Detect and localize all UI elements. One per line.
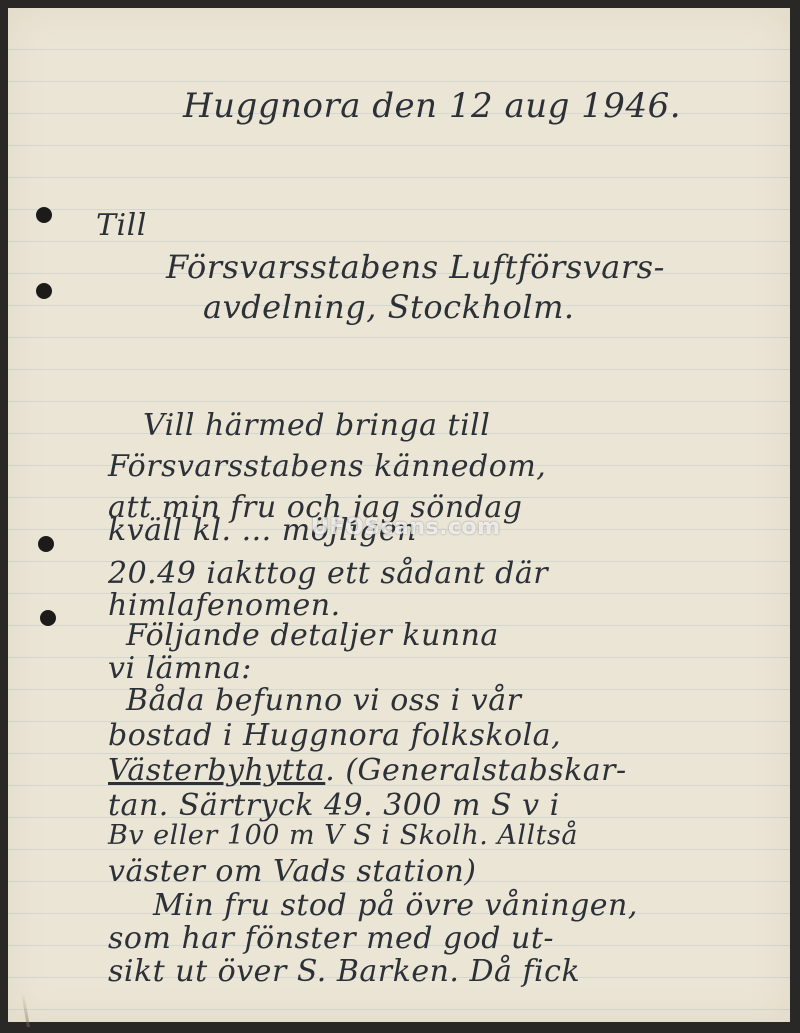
body-line: väster om Vads station) xyxy=(108,854,476,889)
addressee-line-1: Försvarsstabens Luftförsvars- xyxy=(166,248,665,286)
body-line: Vill härmed bringa till xyxy=(143,408,490,443)
paper-crease xyxy=(21,993,30,1027)
body-line: som har fönster med god ut- xyxy=(108,921,554,956)
body-line: bostad i Huggnora folkskola, xyxy=(108,718,561,753)
lined-paper-sheet: Huggnora den 12 aug 1946. Till Försvarss… xyxy=(8,8,790,1022)
hole-punch-3 xyxy=(38,536,54,552)
body-line: vi lämna: xyxy=(108,651,252,686)
watermark: UFOScans.com xyxy=(311,515,501,540)
body-line-rest: . (Generalstabskar- xyxy=(325,753,626,788)
body-line: Försvarsstabens kännedom, xyxy=(108,449,546,484)
hole-punch-2 xyxy=(36,283,52,299)
body-line: sikt ut över S. Barken. Då fick xyxy=(108,954,580,989)
body-line: Följande detaljer kunna xyxy=(126,618,499,653)
salutation-to: Till xyxy=(96,208,147,243)
body-line: Bv eller 100 m V S i Skolh. Alltså xyxy=(108,820,578,851)
body-line: 20.49 iakttog ett sådant där xyxy=(108,556,548,591)
body-line: tan. Särtryck 49. 300 m S v i xyxy=(108,788,560,823)
hole-punch-1 xyxy=(36,207,52,223)
underlined-place-name: Västerbyhytta xyxy=(108,753,325,788)
dateline: Huggnora den 12 aug 1946. xyxy=(183,86,681,126)
body-line: Båda befunno vi oss i vår xyxy=(126,683,521,718)
body-line-with-underlined-place: Västerbyhytta. (Generalstabskar- xyxy=(108,753,627,788)
body-line: Min fru stod på övre våningen, xyxy=(153,888,638,923)
addressee-line-2: avdelning, Stockholm. xyxy=(203,288,575,326)
scanned-page: Huggnora den 12 aug 1946. Till Försvarss… xyxy=(0,0,800,1033)
hole-punch-4 xyxy=(40,610,56,626)
